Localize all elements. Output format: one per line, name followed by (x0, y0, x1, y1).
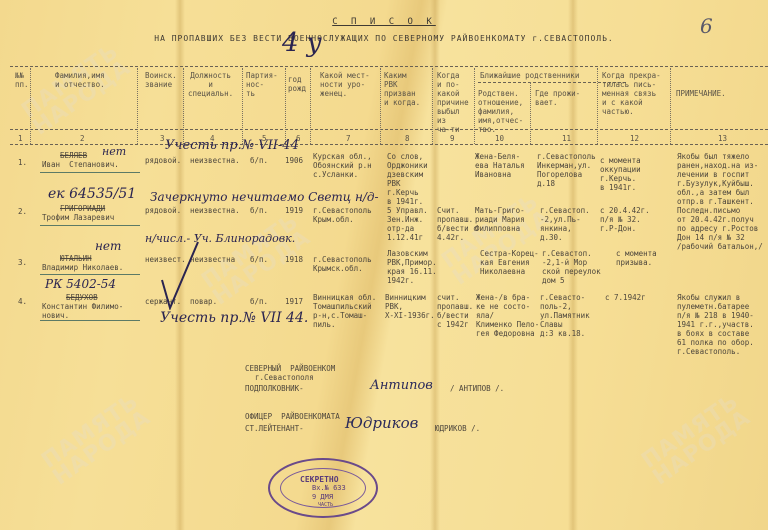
header-when-left: Когда и по- какой причине выбыл из ча-ти (437, 71, 469, 134)
row-name: Трофим Лазаревич (42, 213, 114, 222)
row-position: неизвестна. (190, 156, 240, 165)
row-last-contact: с 7.1942г (605, 293, 646, 302)
header-number: 9 (450, 134, 455, 143)
underline (40, 225, 140, 226)
signature-office: СЕВЕРНЫЙ РАЙВОЕНКОМ (245, 364, 335, 373)
row-note: Якобы был тяжело ранен,наход.на из- лече… (677, 152, 758, 206)
document-title: С П И С О К (0, 17, 768, 27)
header-last-contact: Когда прекра- тилась пись- менная связь … (602, 71, 661, 116)
header-year: год рожд (288, 75, 306, 93)
signature-rank: СТ.ЛЕЙТЕНАНТ- (245, 424, 304, 433)
row-year: 1918 (285, 255, 303, 264)
row-last-contact: с момента призыва. (616, 249, 657, 267)
handwritten-annotation: Учесть пр.№ VII-44 (165, 138, 299, 153)
column-divider (670, 68, 671, 144)
header-number: 10 (495, 134, 504, 143)
column-divider (380, 68, 381, 144)
row-relative: Жена-Беля- ева Наталья Ивановна (475, 152, 525, 179)
underline (40, 274, 140, 275)
stamp-ring: ЧАСТЬ (318, 502, 333, 508)
header-rank: Воинск. звание (145, 71, 177, 89)
row-last-contact: с 20.4.42г. п/я № 32. г.Р-Дон. (600, 206, 650, 233)
row-note: Якобы служил в пулеметн.батарее п/я № 21… (677, 293, 754, 356)
row-rvk: 5 Управл. Зен.Инж. отр-да 1.12.41г (387, 206, 428, 242)
row-when-left: Счит. пропавш. б/вести с 4.42г. (437, 206, 478, 242)
row-birthplace: Курская обл., Обоянский р.н с.Усланки. (313, 152, 372, 179)
row-year: 1917 (285, 297, 303, 306)
row-surname: ГРИГОРИАДИ (60, 204, 105, 213)
row-address: г.Севастополь Инкерман,ул. Погорелова д.… (537, 152, 596, 188)
underline (40, 172, 140, 173)
row-address: г.Севастоп. -2,1-й Мор ской переулок дом… (542, 249, 601, 285)
column-divider (183, 68, 184, 144)
row-when-left: счит. пропавш. б/вести с 1942г (437, 293, 473, 329)
column-divider (30, 68, 31, 144)
column-divider (310, 68, 311, 144)
watermark: ПАМЯТЬНАРОДА (639, 391, 754, 489)
row-party: б/п. (250, 206, 268, 215)
row-rvk: Лазовским РВК,Примор. края 16.11. 1942г. (387, 249, 437, 285)
row-address: г.Севастоп. -2,ул.Пь- янкина, д.30. (540, 206, 590, 242)
registry-stamp: СЕКРЕТНО Вх.№ 633 9 ДМЯ ЧАСТЬ (268, 458, 378, 518)
row-name: Константин Филимо- нович. (42, 302, 123, 320)
header-position: Должность и специальн. (188, 71, 233, 98)
document-subtitle: НА ПРОПАВШИХ БЕЗ ВЕСТИ ВОЕННОСЛУЖАЩИХ ПО… (0, 34, 768, 43)
row-num: 2. (18, 207, 27, 216)
header-number: 2 (80, 134, 85, 143)
row-num: 1. (18, 158, 27, 167)
header-number: 3 (160, 134, 165, 143)
header-number: 7 (346, 134, 351, 143)
watermark: ПАМЯТЬНАРОДА (39, 391, 154, 489)
row-surname: БЕЛЯЕВ (60, 151, 87, 160)
header-note: ПРИМЕЧАНИЕ. (676, 89, 726, 98)
signature-name: ЮДРИКОВ /. (435, 424, 480, 433)
table-rule (10, 129, 768, 130)
column-divider (242, 68, 243, 144)
handwritten-note: нет (102, 145, 126, 158)
row-party: б/п. (250, 156, 268, 165)
header-relatives-group: Ближайшие родственники (480, 71, 579, 80)
stamp-date: 9 ДМЯ (312, 493, 333, 501)
header-number: 1 (18, 134, 23, 143)
row-party: б/п. (250, 297, 268, 306)
header-relative: Родствен. отношение, фамилия, имя,отчес-… (478, 89, 523, 134)
row-birthplace: г.Севастополь Крымск.обл. (313, 255, 372, 273)
column-divider (432, 68, 433, 144)
row-num: 4. (18, 297, 27, 306)
row-name: Владимир Николаев. (42, 263, 123, 272)
handwritten-signature: Юдриков (345, 414, 418, 432)
handwritten-note: РК 5402-54 (45, 277, 116, 291)
header-number: 8 (405, 134, 410, 143)
row-position: неизвестна. (190, 206, 240, 215)
handwritten-annotation: Зачеркнуто нечитаемо Светц н/д- (150, 190, 379, 204)
row-birthplace: Винницкая обл. Томашпильский р-н,с.Томаш… (313, 293, 376, 329)
watermark: ПАМЯТЬНАРОДА (19, 41, 134, 139)
header-num: №№ пп. (15, 71, 29, 89)
row-surname: ЮТАЛЬИН (60, 254, 92, 263)
row-relative: Сестра-Корец- кая Евгения Николаевна (480, 249, 539, 276)
signature-name: / АНТИПОВ /. (450, 384, 504, 393)
row-relative: Мать-Григо- риади Мария Филипповна (475, 206, 525, 233)
row-birthplace: г.Севастополь Крым.обл. (313, 206, 372, 224)
header-number: 12 (630, 134, 639, 143)
header-birthplace: Какой мест- ности уро- женец. (320, 71, 370, 98)
stamp-text: СЕКРЕТНО (300, 475, 339, 484)
handwritten-annotation: Учесть пр.№ VII 44. (160, 310, 308, 326)
row-name: Иван Степанович. (42, 160, 119, 169)
row-relative: Жена-/в бра- ке не состо- яла/ Клименко … (476, 293, 539, 338)
header-name: Фамилия,имя и отчество. (55, 71, 105, 89)
row-party: б/п. (250, 255, 268, 264)
title-handwriting: 4 у (282, 28, 322, 58)
check-mark-icon (160, 240, 200, 310)
header-address: Где прожи- вает. (535, 89, 580, 107)
column-divider (474, 68, 475, 144)
row-address: г.Севасто- поль-2, ул.Памятник Славы д:3… (540, 293, 590, 338)
row-rank: рядовой. (145, 156, 181, 165)
signature-city: г.Севастополя (255, 373, 314, 382)
column-divider (137, 68, 138, 144)
row-year: 1919 (285, 206, 303, 215)
row-last-contact: с момента оккупации г.Керчь. в 1941г. (600, 156, 641, 192)
handwritten-signature: Антипов (370, 378, 433, 393)
row-num: 3. (18, 258, 27, 267)
header-rvk: Каким РВК призван и когда. (384, 71, 420, 107)
header-number: 11 (562, 134, 571, 143)
column-divider (285, 68, 286, 144)
underline (40, 320, 140, 321)
column-divider (530, 82, 531, 144)
header-party: Партия- нос- ть (246, 71, 278, 98)
column-divider (597, 68, 598, 144)
row-rvk: Со слов, Орджоники дзевским РВК г.Керчь … (387, 152, 428, 206)
handwritten-note: нет (95, 239, 121, 253)
row-year: 1906 (285, 156, 303, 165)
signature-rank: ПОДПОЛКОВНИК- (245, 384, 304, 393)
row-surname: БЕДУХОВ (66, 293, 98, 302)
stamp-number: Вх.№ 633 (312, 484, 346, 492)
handwritten-note: ек 64535/51 (48, 186, 136, 202)
table-rule (10, 66, 768, 67)
signature-office: ОФИЦЕР РАЙВОЕНКОМАТА (245, 412, 340, 421)
row-rank: рядовой. (145, 206, 181, 215)
row-note: Последн.письмо от 20.4.42г.получ по адре… (677, 206, 763, 251)
header-number: 13 (718, 134, 727, 143)
row-rvk: Винницким РВК, Х-ХI-1936г. (385, 293, 435, 320)
